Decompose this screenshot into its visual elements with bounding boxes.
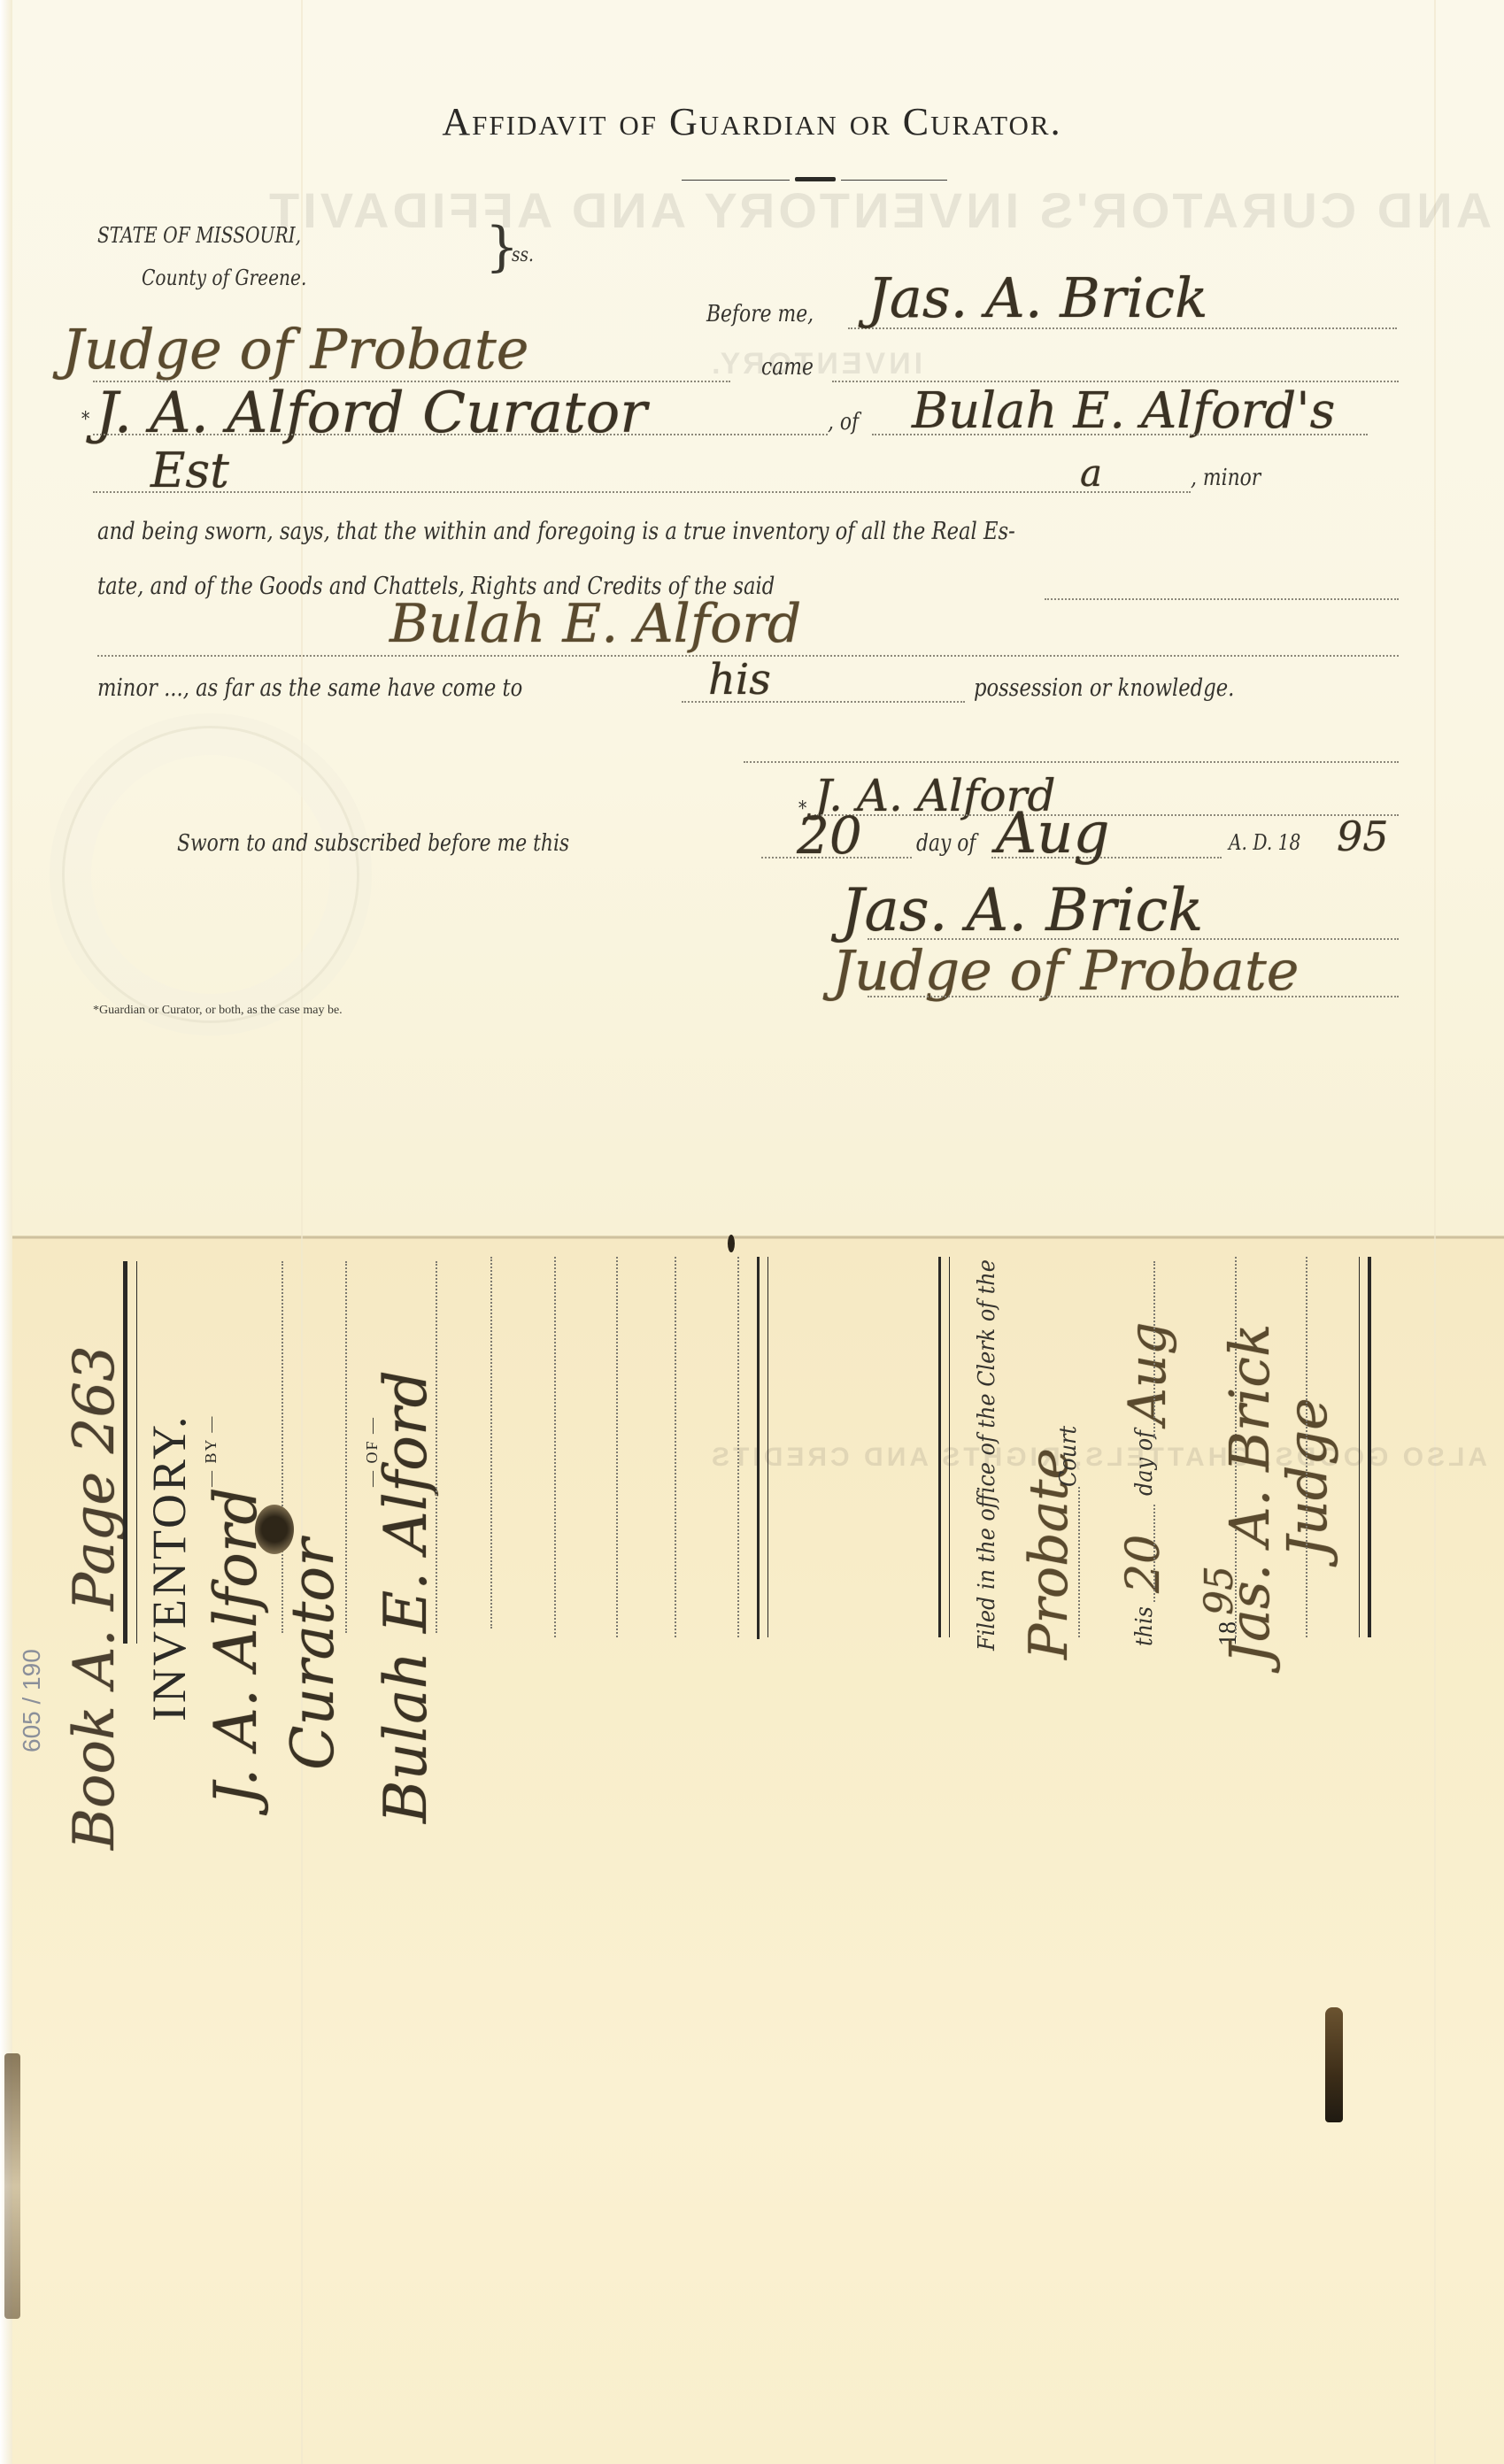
vertical-crease [1434,0,1436,2464]
title-ornament [682,177,947,184]
minor-label: , minor [1191,465,1261,491]
day-handwriting: 20 [797,805,862,866]
ink-mark [728,1235,735,1252]
came-label: came [761,354,814,381]
filing-rule-left-thin [949,1257,950,1637]
possession-line [682,701,965,703]
venue-state: STATE OF MISSOURI, [97,223,301,248]
by-label-text: BY [202,1438,220,1463]
pencil-reference: 605 / 190 [18,1649,46,1752]
role-handwriting: Curator [279,1538,347,1770]
filing-day-handwriting: 20 [1117,1535,1170,1593]
ink-stain-right [1325,2007,1343,2122]
by-label: — BY — [202,1415,220,1487]
column-line [490,1257,492,1629]
ad-label: A. D. 18 [1229,830,1300,855]
inventory-title: INVENTORY. [142,1413,197,1721]
filing-line-1: Filed in the office of the Clerk of the [974,1259,1000,1651]
document-title: Affidavit of Guardian or Curator. [0,99,1504,144]
filing-rule-right-thick [1368,1257,1371,1637]
column-line [554,1257,556,1637]
before-me-handwriting: Jas. A. Brick [868,266,1208,330]
column-rule-thick [757,1257,760,1639]
estate-handwriting: Est [150,443,229,498]
book-reference-handwriting: Book A. Page 263 [62,1345,127,1850]
blank-line [744,761,1399,763]
said-line [1045,598,1399,600]
venue-county: County of Greene. [142,266,306,290]
fold-line [0,1236,1504,1239]
judge-signature: Jas. A. Brick [841,876,1203,944]
judge-title-line-2 [868,996,1399,997]
venue-ss: ss. [512,244,534,266]
column-line [737,1257,739,1637]
ward-handwriting: Bulah E. Alford's [912,382,1335,440]
filing-month-handwriting: Aug [1117,1322,1177,1425]
minor-line-prefix: minor ..., as far as the same have come … [97,674,522,702]
filing-signature-line [1306,1257,1307,1637]
filing-month-line [1153,1261,1155,1438]
sworn-label: Sworn to and subscribed before me this [177,830,569,857]
filing-court-line [1078,1487,1080,1637]
filing-this-label: this [1131,1606,1158,1646]
judge-title-handwriting: Judge of Probate [62,317,528,381]
of-label: , of [828,409,859,435]
title-rule-thick [123,1261,127,1644]
filing-court-label: Court [1055,1426,1082,1487]
year-handwriting: 95 [1337,812,1389,860]
column-rule-thin [767,1257,768,1637]
embossed-seal [62,726,359,1023]
sworn-line-1: and being sworn, says, that the within a… [97,518,1015,545]
of-handwriting: Bulah E. Alford [372,1370,440,1823]
affiant-line [93,434,828,435]
ink-blot [255,1505,294,1554]
role-line [345,1261,347,1633]
possession-suffix: possession or knowledge. [974,674,1234,702]
affiant-asterisk: * [81,409,89,431]
month-handwriting: Aug [996,801,1109,866]
filing-day-of-label: day of [1131,1430,1158,1496]
title-rule-thin [136,1261,137,1644]
ward-line [872,434,1368,435]
estate-line [93,491,1191,493]
before-me-label: Before me, [706,301,814,327]
filing-rule-right-thin [1359,1257,1360,1637]
minor-name-handwriting: Bulah E. Alford [389,593,801,655]
judge-title-signature: Judge of Probate [832,938,1299,1003]
column-line [675,1257,676,1637]
possession-handwriting: his [708,655,771,705]
day-of-label: day of [916,830,976,857]
ghost-subheading: INVENTORY. [708,347,922,381]
ghost-heading: GUARDIAN AND CURATOR'S INVENTORY AND AFF… [266,181,1504,239]
a-handwriting: a [1080,451,1102,495]
filing-signature-handwriting: Jas. A. Brick [1217,1323,1282,1664]
edge-damage-left [4,2053,20,2319]
of-line [436,1261,437,1633]
filing-day-line [1153,1505,1155,1602]
filing-rule-left-thick [938,1257,941,1637]
footnote: *Guardian or Curator, or both, as the ca… [93,1004,343,1018]
affiant-handwriting: J. A. Alford Curator [96,381,647,446]
column-line [616,1257,618,1637]
